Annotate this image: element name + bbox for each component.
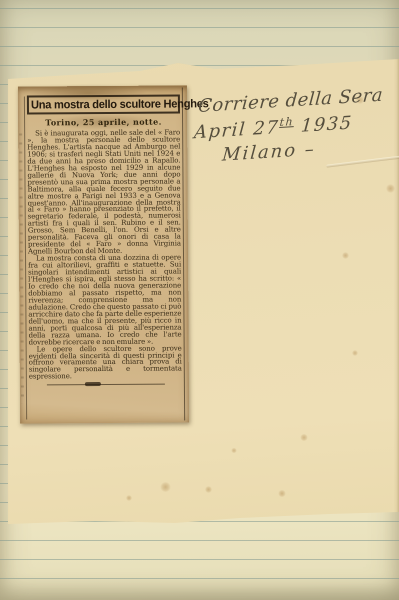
clipping-body: Si è inaugurata oggi, nelle sale del « F…	[27, 129, 182, 380]
adjacent-column-fragments	[19, 127, 24, 404]
foxing-spot	[231, 448, 237, 453]
column-rule-right	[182, 87, 185, 420]
archival-photo: Una mostra dello scultore Henghes Torino…	[0, 0, 399, 600]
foxing-spot	[342, 252, 349, 259]
handwritten-annotation: Corriere della Sera April 27th 1935 Mila…	[193, 84, 398, 168]
foxing-spot	[300, 434, 308, 441]
clipping-dateline: Torino, 25 aprile, notte.	[27, 116, 180, 127]
annotation-date-ordinal: th	[279, 115, 295, 129]
clipping-headline: Una mostra dello scultore Henghes	[31, 99, 172, 112]
clipping-paragraph: Si è inaugurata oggi, nelle sale del « F…	[27, 129, 181, 255]
end-of-article-divider	[46, 384, 164, 386]
foxing-spot	[386, 184, 395, 193]
newspaper-clipping: Una mostra dello scultore Henghes Torino…	[18, 85, 189, 423]
annotation-date-day: April 27	[193, 117, 280, 143]
foxing-spot	[160, 482, 171, 492]
foxing-spot	[352, 350, 358, 356]
foxing-spot	[126, 495, 132, 501]
foxing-spot	[205, 486, 212, 493]
foxing-spot	[278, 490, 286, 497]
clipping-paragraph: La mostra consta di una dozzina di opere…	[28, 255, 182, 346]
annotation-date-year: 1935	[293, 112, 354, 137]
clipping-paragraph: Le opere dello scultore sono prove evide…	[29, 345, 182, 381]
headline-box: Una mostra dello scultore Henghes	[27, 94, 180, 114]
